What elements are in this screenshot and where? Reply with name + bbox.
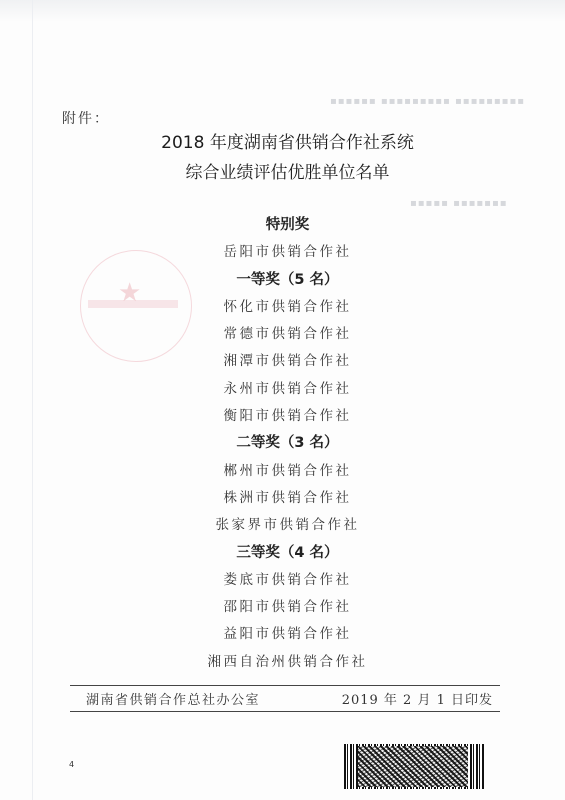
document-title-line-2: 综合业绩评估优胜单位名单 — [0, 158, 565, 183]
award-unit: 常德市供销合作社 — [0, 321, 565, 348]
footer-divider-bottom — [70, 711, 500, 712]
award-unit: 湘潭市供销合作社 — [0, 348, 565, 375]
award-heading-special: 特别奖 — [0, 212, 565, 239]
award-unit: 张家界市供销合作社 — [0, 512, 565, 539]
bleed-through-text: ▪▪▪▪▪ ▪▪▪▪▪▪▪ — [410, 198, 508, 209]
attachment-label: 附件： — [62, 108, 110, 128]
award-heading-second: 二等奖（3 名） — [0, 430, 565, 457]
award-unit: 娄底市供销合作社 — [0, 567, 565, 594]
barcode-data-area — [358, 746, 468, 787]
award-unit: 永州市供销合作社 — [0, 376, 565, 403]
award-unit: 岳阳市供销合作社 — [0, 239, 565, 266]
award-heading-first: 一等奖（5 名） — [0, 267, 565, 294]
award-unit: 衡阳市供销合作社 — [0, 403, 565, 430]
issue-date: 2019 年 2 月 1 日印发 — [342, 689, 493, 708]
2d-barcode — [344, 744, 484, 789]
award-heading-third: 三等奖（4 名） — [0, 540, 565, 567]
scan-top-band — [0, 0, 565, 22]
award-unit: 邵阳市供销合作社 — [0, 594, 565, 621]
issuer-office: 湖南省供销合作总社办公室 — [86, 689, 260, 708]
document-title-line-1: 2018 年度湖南省供销合作社系统 — [0, 128, 565, 153]
award-unit: 湘西自治州供销合作社 — [0, 649, 565, 676]
footer-divider-top — [70, 685, 500, 686]
award-unit: 怀化市供销合作社 — [0, 294, 565, 321]
award-unit: 益阳市供销合作社 — [0, 621, 565, 648]
page-number: 4 — [69, 760, 74, 769]
award-list: 特别奖 岳阳市供销合作社 一等奖（5 名） 怀化市供销合作社 常德市供销合作社 … — [0, 212, 565, 676]
bleed-through-text: ▪▪▪▪▪▪ ▪▪▪▪▪▪▪▪▪ ▪▪▪▪▪▪▪▪▪ — [330, 96, 525, 107]
award-unit: 株洲市供销合作社 — [0, 485, 565, 512]
award-unit: 郴州市供销合作社 — [0, 458, 565, 485]
